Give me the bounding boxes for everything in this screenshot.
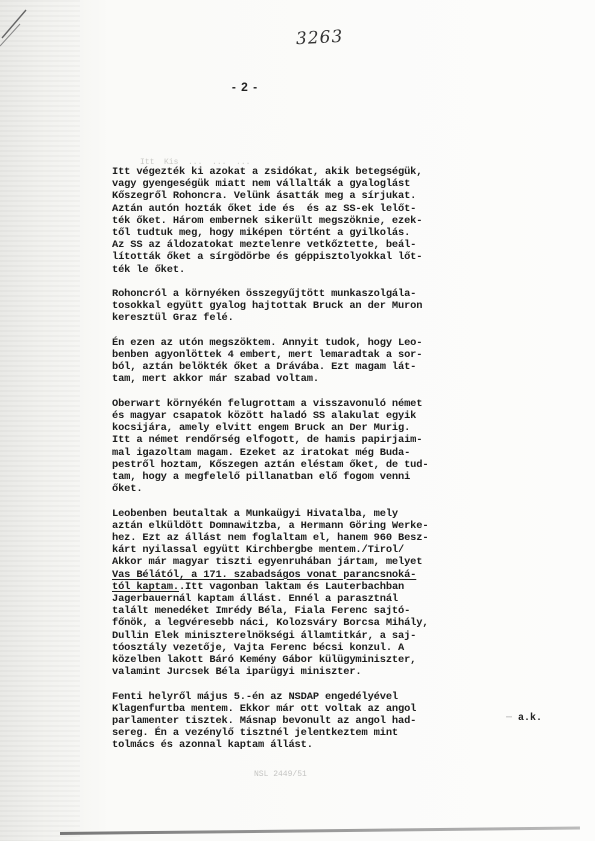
typewritten-body: Itt végezték ki azokat a zsidókat, akik …	[112, 166, 512, 764]
text-line: ték őket. Három embernek sikerült megszö…	[112, 215, 512, 227]
text-line: Aztán autón hozták őket ide és és az SS-…	[112, 203, 512, 215]
text-line: pestről hoztam, Kőszegen aztán eléstam ő…	[112, 459, 512, 471]
text-line: Dullin Elek miniszterelnökségi államtitk…	[112, 630, 512, 642]
page-bottom-edge	[60, 827, 580, 835]
text-line: tosokkal együtt gyalog hajtottak Bruck a…	[112, 300, 512, 312]
text-line: parlamenter tisztek. Másnap bevonult az …	[112, 715, 512, 727]
scan-shadow	[0, 0, 80, 841]
text-line: tolmács és azonnal kaptam állást.	[112, 739, 512, 751]
text-line: tam, hogy a megfelelő pillanatban elő fo…	[112, 471, 512, 483]
text-line: ték le őket.	[112, 264, 512, 276]
text-line: talált menedéket Imrédy Béla, Fiala Fere…	[112, 605, 512, 617]
corner-fold-mark-icon	[0, 8, 32, 48]
text-line: Én ezen az utón megszöktem. Annyit tudok…	[112, 337, 512, 349]
text-line: lították őket a sírgödörbe és géppisztol…	[112, 251, 512, 263]
paragraph-3: Én ezen az utón megszöktem. Annyit tudok…	[112, 337, 512, 386]
underlined-line: Vas Bélától, a 171. szabadságos vonat pa…	[112, 569, 512, 581]
text-line: Fenti helyről május 5.-én az NSDAP enged…	[112, 691, 512, 703]
paragraph-5: Leobenben beutaltak a Munkaügyi Hivatalb…	[112, 508, 512, 679]
text-line: kocsijára, amely elvitt engem Bruck an D…	[112, 422, 512, 434]
paragraph-2: Rohoncról a környéken összegyűjtött munk…	[112, 288, 512, 325]
text-line: Jagerbauernál kaptam állást. Ennél a par…	[112, 593, 512, 605]
underlined-text: tól kaptam.	[112, 581, 179, 593]
text-continuation: .Itt vagonban laktam és Lauterbachban	[179, 581, 404, 593]
text-line: Kőszegről Rohoncra. Velünk ásatták meg a…	[112, 190, 512, 202]
scanned-page: 3263 - 2 - Itt Kis ... ... ... Itt végez…	[0, 0, 595, 841]
text-line: aztán elküldött Domnawitzba, a Hermann G…	[112, 520, 512, 532]
text-line: Rohoncról a környéken összegyűjtött munk…	[112, 288, 512, 300]
text-line: közelben lakott Báró Kemény Gábor külügy…	[112, 654, 512, 666]
paragraph-6: Fenti helyről május 5.-én az NSDAP enged…	[112, 691, 512, 752]
text-line: sereg. Én a vezénylő tisztnél jelentkezt…	[112, 727, 512, 739]
margin-initials: a.k.	[518, 713, 542, 724]
text-line: Az SS az áldozatokat meztelenre vetkőzte…	[112, 239, 512, 251]
text-line: Leobenben beutaltak a Munkaügyi Hivatalb…	[112, 508, 512, 520]
text-line: őket.	[112, 483, 512, 495]
text-line: től tudtuk meg, hogy miképen történt a g…	[112, 227, 512, 239]
text-line: hez. Ezt az állást nem foglaltam el, han…	[112, 532, 512, 544]
text-line: benben agyonlöttek 4 embert, mert lemara…	[112, 349, 512, 361]
text-line: Klagenfurtba mentem. Ekkor már ott volta…	[112, 703, 512, 715]
text-line: vagy gyengeségük miatt nem vállalták a g…	[112, 178, 512, 190]
text-line: tóosztály vezetője, Vajta Ferenc bécsi k…	[112, 642, 512, 654]
margin-annotation: ⋯ a.k.	[506, 712, 542, 724]
text-line: Itt a német rendőrség elfogott, de hamis…	[112, 434, 512, 446]
text-line: kárt nyilassal együtt Kirchbergbe mentem…	[112, 544, 512, 556]
underlined-text: Vas Bélától, a 171. szabadságos vonat pa…	[112, 569, 416, 581]
faint-margin-marks: ⋯	[506, 713, 518, 724]
text-line: és magyar csapatok között haladó SS alak…	[112, 410, 512, 422]
faint-archive-stamp: NSL 2449/51	[254, 770, 307, 779]
text-line: keresztül Graz felé.	[112, 312, 512, 324]
handwritten-document-number: 3263	[296, 27, 344, 49]
text-line: főnök, a legvéresebb náci, Kolozsváry Bo…	[112, 617, 512, 629]
text-line: mal igazoltam magam. Ezeket az iratokat …	[112, 447, 512, 459]
paragraph-1: Itt végezték ki azokat a zsidókat, akik …	[112, 166, 512, 276]
paragraph-4: Oberwart környékén felugrottam a visszav…	[112, 398, 512, 496]
page-number: - 2 -	[205, 80, 285, 94]
text-line: Itt végezték ki azokat a zsidókat, akik …	[112, 166, 512, 178]
text-line: Akkor már magyar tiszti egyenruhában jár…	[112, 556, 512, 568]
text-line: valamint Jurcsek Béla iparügyi miniszter…	[112, 666, 512, 678]
mixed-line: tól kaptam..Itt vagonban laktam és Laute…	[112, 581, 512, 593]
text-line: ból, aztán belökték őket a Drávába. Ezt …	[112, 361, 512, 373]
text-line: tam, mert akkor már szabad voltam.	[112, 373, 512, 385]
text-line: Oberwart környékén felugrottam a visszav…	[112, 398, 512, 410]
